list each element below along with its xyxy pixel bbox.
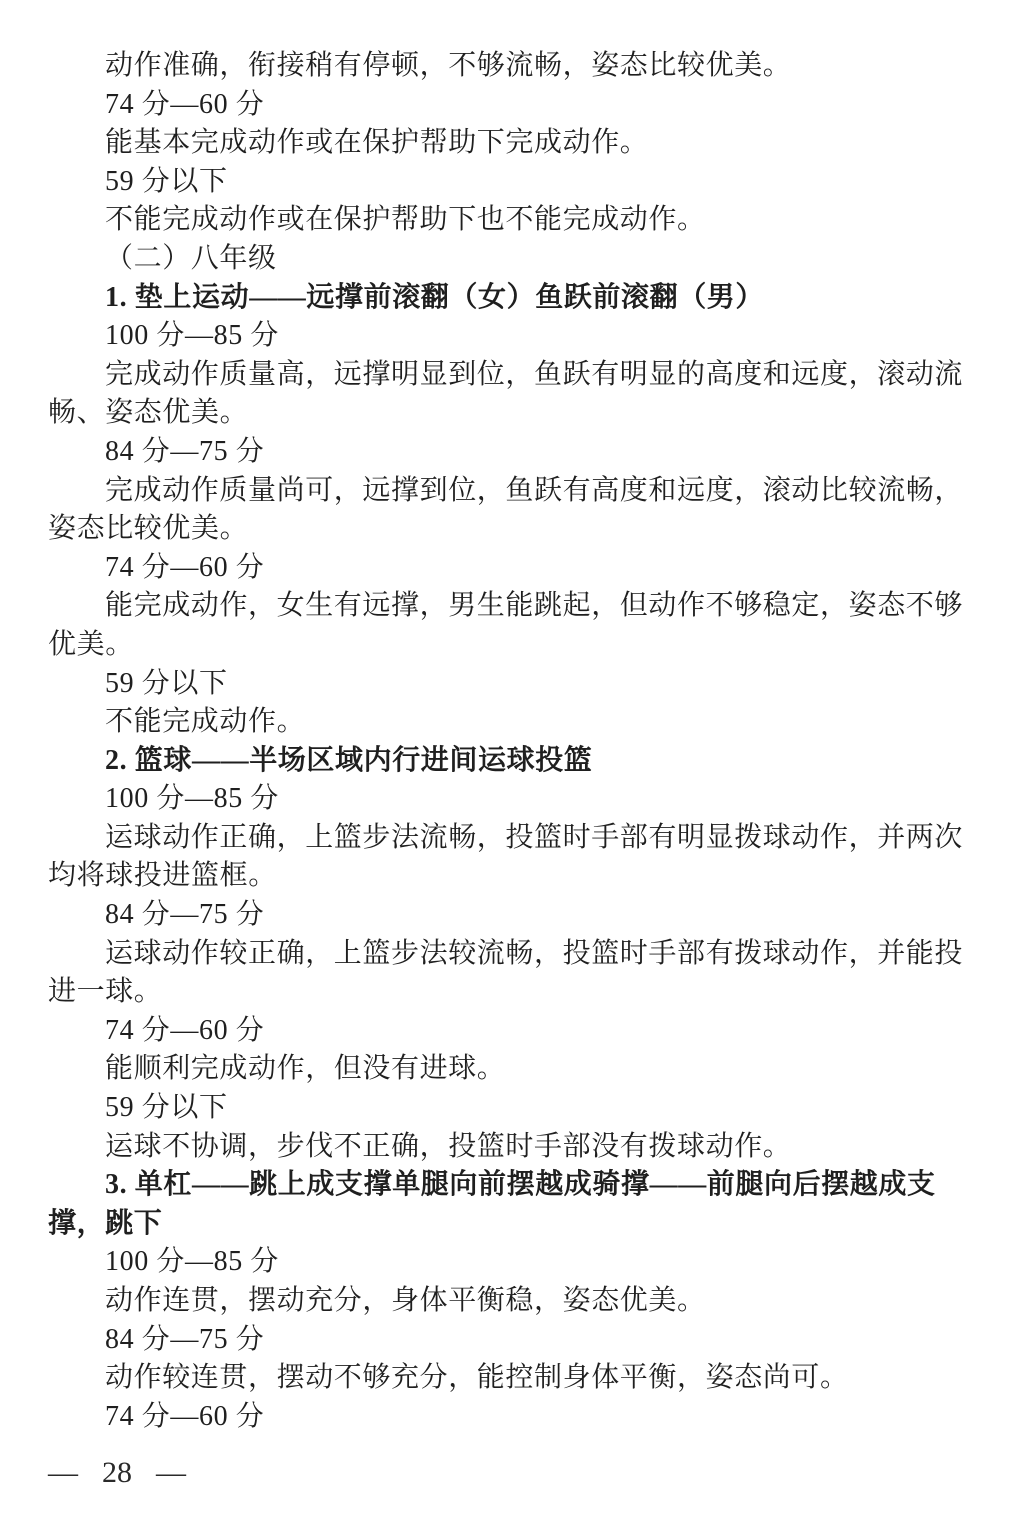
page-number: 28 [102,1456,132,1490]
text-line: 完成动作质量尚可，远撑到位，鱼跃有高度和远度，滚动比较流畅， [48,472,993,511]
text-line: 59 分以下 [48,1089,993,1128]
text-line: 畅、姿态优美。 [48,394,993,433]
text-line: 84 分—75 分 [48,1321,993,1360]
text-line: 59 分以下 [48,665,993,704]
text-line: 完成动作质量高，远撑明显到位，鱼跃有明显的高度和远度，滚动流 [48,356,993,395]
text-line: 100 分—85 分 [48,780,993,819]
document-page: 动作准确，衔接稍有停顿，不够流畅，姿态比较优美。74 分—60 分能基本完成动作… [0,0,1036,1521]
text-line: 59 分以下 [48,163,993,202]
text-line: 不能完成动作。 [48,703,993,742]
text-line: 优美。 [48,626,993,665]
text-line: 动作连贯，摆动充分，身体平衡稳，姿态优美。 [48,1282,993,1321]
text-line: 动作较连贯，摆动不够充分，能控制身体平衡，姿态尚可。 [48,1359,993,1398]
text-line: 74 分—60 分 [48,86,993,125]
text-line: 能完成动作，女生有远撑，男生能跳起，但动作不够稳定，姿态不够 [48,587,993,626]
document-body: 动作准确，衔接稍有停顿，不够流畅，姿态比较优美。74 分—60 分能基本完成动作… [48,47,993,1436]
text-line: 进一球。 [48,973,993,1012]
footer-dash-right: — [156,1456,186,1490]
text-line: 74 分—60 分 [48,1012,993,1051]
text-line: 84 分—75 分 [48,433,993,472]
text-line: 不能完成动作或在保护帮助下也不能完成动作。 [48,201,993,240]
text-line: 100 分—85 分 [48,317,993,356]
text-line: 运球动作较正确，上篮步法较流畅，投篮时手部有拨球动作，并能投 [48,935,993,974]
text-line: 74 分—60 分 [48,549,993,588]
text-line: 能基本完成动作或在保护帮助下完成动作。 [48,124,993,163]
text-line: （二）八年级 [48,240,993,279]
heading-line: 撑，跳下 [48,1205,993,1244]
heading-line: 1. 垫上运动——远撑前滚翻（女）鱼跃前滚翻（男） [48,279,993,318]
text-line: 74 分—60 分 [48,1398,993,1437]
text-line: 动作准确，衔接稍有停顿，不够流畅，姿态比较优美。 [48,47,993,86]
text-line: 能顺利完成动作，但没有进球。 [48,1050,993,1089]
heading-line: 3. 单杠——跳上成支撑单腿向前摆越成骑撑——前腿向后摆越成支 [48,1166,993,1205]
page-footer: — 28 — [48,1456,186,1490]
text-line: 运球动作正确，上篮步法流畅，投篮时手部有明显拨球动作，并两次 [48,819,993,858]
text-line: 84 分—75 分 [48,896,993,935]
heading-line: 2. 篮球——半场区域内行进间运球投篮 [48,742,993,781]
text-line: 均将球投进篮框。 [48,857,993,896]
text-line: 姿态比较优美。 [48,510,993,549]
text-line: 100 分—85 分 [48,1243,993,1282]
text-line: 运球不协调，步伐不正确，投篮时手部没有拨球动作。 [48,1128,993,1167]
footer-dash-left: — [48,1456,78,1490]
